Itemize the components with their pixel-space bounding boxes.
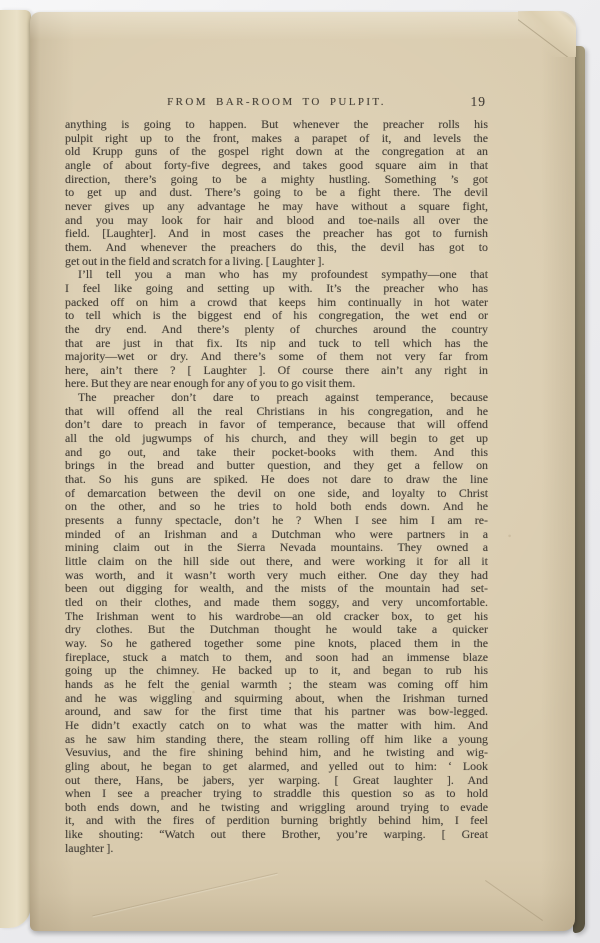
text-line: and he was wiggling and squirming about,… <box>65 692 488 706</box>
text-line: packed off on him a crowd that keeps him… <box>65 296 488 310</box>
text-line: that will offend all the real Christians… <box>65 405 488 419</box>
text-line: old Krupp guns of the gospel right down … <box>65 145 488 159</box>
text-line: tled on their clothes, and made them sog… <box>65 596 488 610</box>
paragraph: anything is going to happen. But wheneve… <box>65 118 488 268</box>
text-line: pulpit right up to the front, makes a pa… <box>65 132 488 146</box>
text-line: mining claim out in the Sierra Nevada mo… <box>65 541 488 555</box>
text-line: and go out, and take their pocket-books … <box>65 446 488 460</box>
text-line: both ends down, and he twisting and wrig… <box>65 801 488 815</box>
text-line: like shouting: “Watch out there Brother,… <box>65 828 488 842</box>
page-crease <box>92 873 277 917</box>
text-line: hands as he felt the genial warmth ; the… <box>65 678 488 692</box>
page-corner-fold <box>518 11 576 57</box>
text-line: them. And whenever the preachers do this… <box>65 241 488 255</box>
page-header: FROM BAR-ROOM TO PULPIT. 19 <box>65 94 488 110</box>
text-line: direction, there’s going to be a mighty … <box>65 173 488 187</box>
text-line: minded of an Irishman and a Dutchman who… <box>65 528 488 542</box>
text-line: anything is going to happen. But wheneve… <box>65 118 488 132</box>
text-line: The preacher don’t dare to preach agains… <box>65 391 488 405</box>
text-line: presents a funny spectacle, don’t he ? W… <box>65 514 488 528</box>
text-line: all the old jugwumps of his church, and … <box>65 432 488 446</box>
book-page: FROM BAR-ROOM TO PULPIT. 19 anything is … <box>30 12 575 931</box>
text-line: here. But they are near enough for any o… <box>65 377 488 391</box>
text-line: here, ain’t there ? [ Laughter ]. Of cou… <box>65 364 488 378</box>
facing-page-edge <box>0 10 31 928</box>
text-line: to tell which is the biggest end of his … <box>65 309 488 323</box>
text-line: was worth, and it wasn’t worth very much… <box>65 569 488 583</box>
page-number: 19 <box>471 94 487 110</box>
text-line: laughter ]. <box>65 842 488 856</box>
page-crease <box>485 880 543 921</box>
text-line: going up the chimney. He backed up to it… <box>65 664 488 678</box>
scanned-book-page-photo: FROM BAR-ROOM TO PULPIT. 19 anything is … <box>0 0 600 943</box>
text-line: out there, Hans, be jabers, yer warping.… <box>65 774 488 788</box>
text-line: the dry end. And there’s plenty of churc… <box>65 323 488 337</box>
text-line: on the other, and so he tries to hold bo… <box>65 500 488 514</box>
text-line: majority—wet or dry. And there’s some of… <box>65 350 488 364</box>
text-line: little claim on the hill side out there,… <box>65 555 488 569</box>
text-line: that are just in that fix. Its nip and t… <box>65 337 488 351</box>
text-line: get out in the field and scratch for a l… <box>65 255 488 269</box>
paragraph: I’ll tell you a man who has my profounde… <box>65 268 488 391</box>
text-line: The Irishman went to his wardrobe—an old… <box>65 610 488 624</box>
paragraph: The preacher don’t dare to preach agains… <box>65 391 488 855</box>
text-line: never gives up any advantage he may have… <box>65 200 488 214</box>
text-line: I’ll tell you a man who has my profounde… <box>65 268 488 282</box>
text-line: don’t dare to preach in favor of tempera… <box>65 418 488 432</box>
running-title: FROM BAR-ROOM TO PULPIT. <box>65 94 488 110</box>
text-line: brings in the bread and butter question,… <box>65 459 488 473</box>
text-line: He didn’t exactly catch on to what was t… <box>65 719 488 733</box>
text-line: angle of about forty-five degrees, and t… <box>65 159 488 173</box>
text-line: Vesuvius, and the fire shining behind hi… <box>65 746 488 760</box>
page-content: FROM BAR-ROOM TO PULPIT. 19 anything is … <box>65 94 488 855</box>
text-line: and you may look for hair and blood and … <box>65 214 488 228</box>
text-line: been out digging for wealth, and the mis… <box>65 582 488 596</box>
text-line: way. So he gathered together some pine k… <box>65 637 488 651</box>
text-line: as he saw him standing there, the steam … <box>65 733 488 747</box>
text-line: gling about, he began to get alarmed, an… <box>65 760 488 774</box>
text-line: when I see a preacher trying to straddle… <box>65 787 488 801</box>
text-line: field. [Laughter]. And in most cases the… <box>65 227 488 241</box>
text-line: to get up and dust. There’s going to be … <box>65 186 488 200</box>
text-line: dry clothes. But the Dutchman thought he… <box>65 623 488 637</box>
text-line: fireplace, stuck a match to them, and so… <box>65 651 488 665</box>
text-block: anything is going to happen. But wheneve… <box>65 118 488 855</box>
text-line: around, and saw for the first time that … <box>65 705 488 719</box>
text-line: I feel like going and setting up with. I… <box>65 282 488 296</box>
text-line: that. So his guns are spiked. He does no… <box>65 473 488 487</box>
text-line: of demarcation between the devil on one … <box>65 487 488 501</box>
text-line: it, and with the fires of perdition burn… <box>65 814 488 828</box>
